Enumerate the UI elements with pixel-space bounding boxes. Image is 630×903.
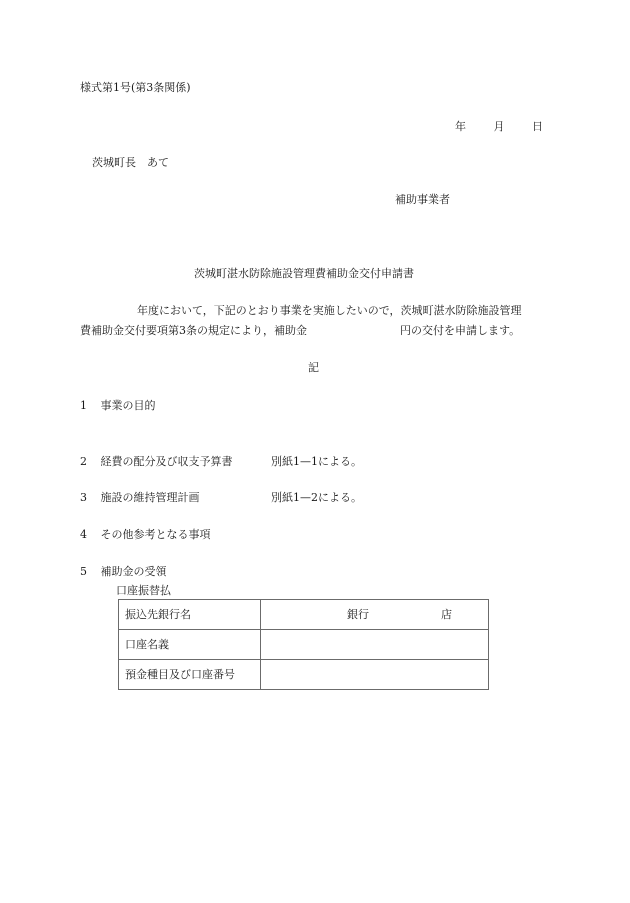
bank-name-field[interactable]: 銀行 店	[261, 600, 489, 630]
date-year: 年	[455, 121, 466, 132]
item-label: 補助金の受領	[101, 565, 167, 578]
account-type-number-field[interactable]	[261, 660, 489, 690]
item-3-value: 別紙1—2による。	[271, 492, 362, 503]
addressee: 茨城町長 あて	[92, 157, 169, 168]
form-number: 様式第1号(第3条関係)	[80, 82, 191, 93]
item-2: 2 経費の配分及び収支予算書	[80, 456, 233, 467]
body-line-1: 年度において，下記のとおり事業を実施したいので，茨城町湛水防除施設管理	[137, 305, 522, 316]
item-number: 5	[80, 565, 87, 578]
table-row: 口座名義	[119, 630, 489, 660]
item-5: 5 補助金の受領	[80, 566, 167, 577]
item-1: 1 事業の目的	[80, 400, 156, 411]
branch-suffix: 店	[441, 609, 452, 620]
account-type-number-label: 預金種目及び口座番号	[119, 660, 261, 690]
item-number: 2	[80, 455, 87, 468]
document-title: 茨城町湛水防除施設管理費補助金交付申請書	[194, 268, 414, 279]
body-line-2a: 費補助金交付要項第3条の規定により，補助金	[80, 325, 307, 336]
account-holder-label: 口座名義	[119, 630, 261, 660]
body-line-2b: 円の交付を申請します。	[400, 325, 520, 336]
payment-method: 口座振替払	[116, 585, 171, 596]
item-label: その他参考となる事項	[101, 528, 211, 541]
table-row: 預金種目及び口座番号	[119, 660, 489, 690]
bank-suffix: 銀行	[347, 609, 369, 620]
bank-name-label: 振込先銀行名	[119, 600, 261, 630]
item-number: 3	[80, 491, 87, 504]
item-number: 4	[80, 528, 87, 541]
item-label: 経費の配分及び収支予算書	[101, 455, 233, 468]
item-number: 1	[80, 399, 87, 412]
date-month: 月	[494, 121, 505, 132]
applicant-label: 補助事業者	[395, 194, 450, 205]
table-row: 振込先銀行名 銀行 店	[119, 600, 489, 630]
item-label: 施設の維持管理計画	[101, 491, 200, 504]
ki-heading: 記	[308, 362, 319, 373]
account-holder-field[interactable]	[261, 630, 489, 660]
date-line: 年 月 日	[455, 121, 543, 132]
bank-account-table: 振込先銀行名 銀行 店 口座名義 預金種目及び口座番号	[118, 599, 489, 690]
item-4: 4 その他参考となる事項	[80, 529, 211, 540]
item-2-value: 別紙1—1による。	[271, 456, 362, 467]
item-label: 事業の目的	[101, 399, 156, 412]
date-day: 日	[532, 121, 543, 132]
item-3: 3 施設の維持管理計画	[80, 492, 200, 503]
